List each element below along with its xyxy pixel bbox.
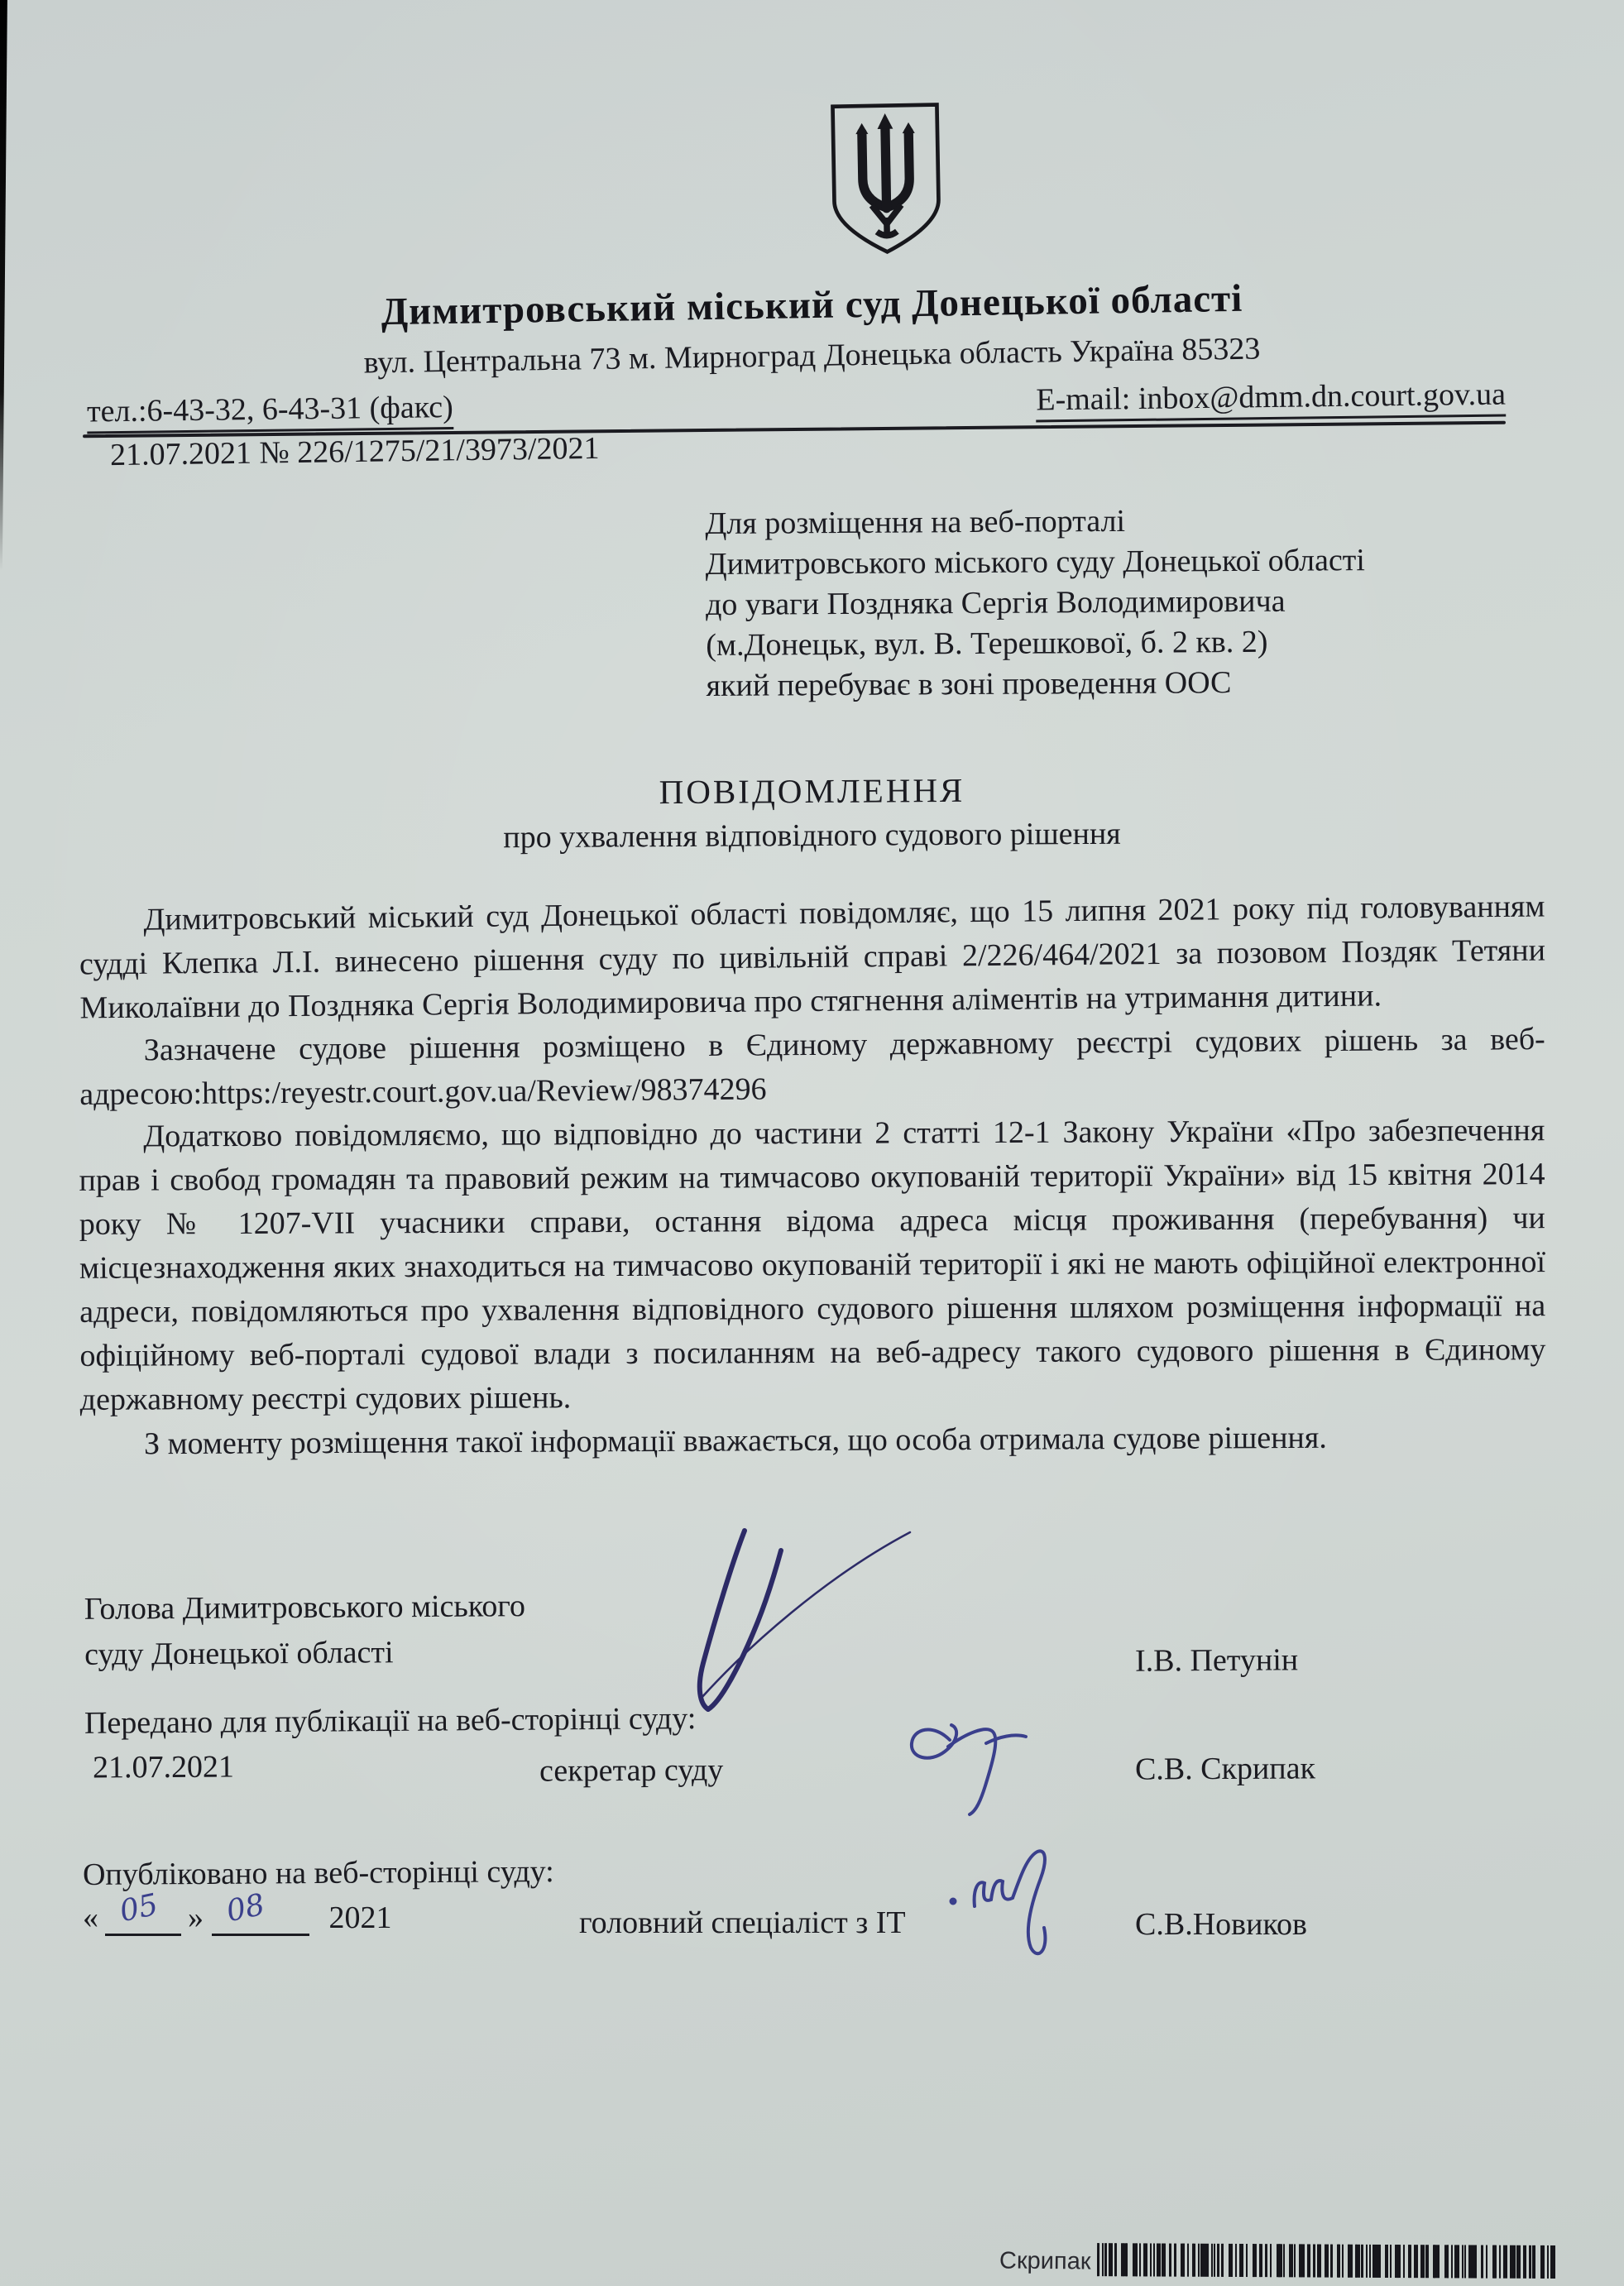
secretary-role: секретар суду [539,1752,724,1789]
document-title: ПОВІДОМЛЕННЯ [0,766,1624,816]
publication-date: 21.07.2021 [93,1749,234,1786]
letter-body: Димитровський міський суд Донецької обла… [79,892,1545,1463]
court-phone: тел.:6-43-32, 6-43-31 (факс) [87,389,453,434]
handwritten-day: 05 [117,1888,160,1929]
signer-name-skrypak: С.В. Скрипак [1135,1750,1315,1787]
scanner-edge-artifact [0,0,7,571]
body-paragraph: З моменту розміщення такої інформації вв… [79,1415,1545,1466]
document-subtitle: про ухвалення відповідного судового ріше… [0,812,1624,859]
recipient-line: (м.Донецьк, вул. В. Терешкової, б. 2 кв.… [706,621,1516,666]
body-paragraph: Додатково повідомляємо, що відповідно до… [79,1109,1546,1422]
signer-title-line: суду Донецької області [84,1629,526,1678]
signer-name-petunin: І.В. Петунін [1135,1641,1298,1679]
day-blank: 05 [105,1905,181,1936]
signature-ink-skrypak [900,1700,1041,1824]
publication-caption: Передано для публікації на веб-сторінці … [84,1700,697,1742]
body-paragraph: Зазначене судове рішення розміщено в Єди… [79,1018,1546,1117]
footer-barcode-area: Скрипак [999,2240,1562,2284]
body-paragraph: Димитровський міський суд Донецької обла… [79,884,1545,1030]
published-row: «05» 082021 головний спеціаліст з ІТ С.В… [83,1900,1489,1958]
scanned-court-letter: { "page": { "paper_color": "#d0d7d4", "i… [0,0,1624,2286]
barcode-label: Скрипак [999,2247,1091,2275]
recipient-line: який перебуває в зоні проведення ООС [706,661,1516,707]
month-blank: 08 [212,1905,309,1936]
signer-title: Голова Димитровського міського суду Доне… [84,1584,526,1678]
handwritten-month: 08 [223,1888,267,1929]
barcode [1097,2243,1557,2279]
signer-name-novikov: С.В.Новиков [1135,1906,1307,1943]
recipient-block: Для розміщення на веб-порталі Димитровсь… [705,499,1516,707]
it-specialist-role: головний спеціаліст з ІТ [579,1905,906,1941]
signer-title-line: Голова Димитровського міського [84,1584,526,1632]
signature-ink-petunin [693,1521,941,1723]
recipient-line: до уваги Поздняка Сергія Володимировича [706,580,1516,625]
quote-open: « [83,1900,98,1936]
recipient-line: Димитровського міського суду Донецької о… [706,539,1516,585]
recipient-line: Для розміщення на веб-порталі [705,499,1516,544]
ukraine-trident-emblem-icon [826,100,946,257]
court-email: E-mail: inbox@dmm.dn.court.gov.ua [1036,376,1506,423]
quote-close: » [188,1900,204,1936]
published-year: 2021 [329,1900,392,1936]
outgoing-ref-line: 21.07.2021 № 226/1275/21/3973/2021 [110,430,600,473]
